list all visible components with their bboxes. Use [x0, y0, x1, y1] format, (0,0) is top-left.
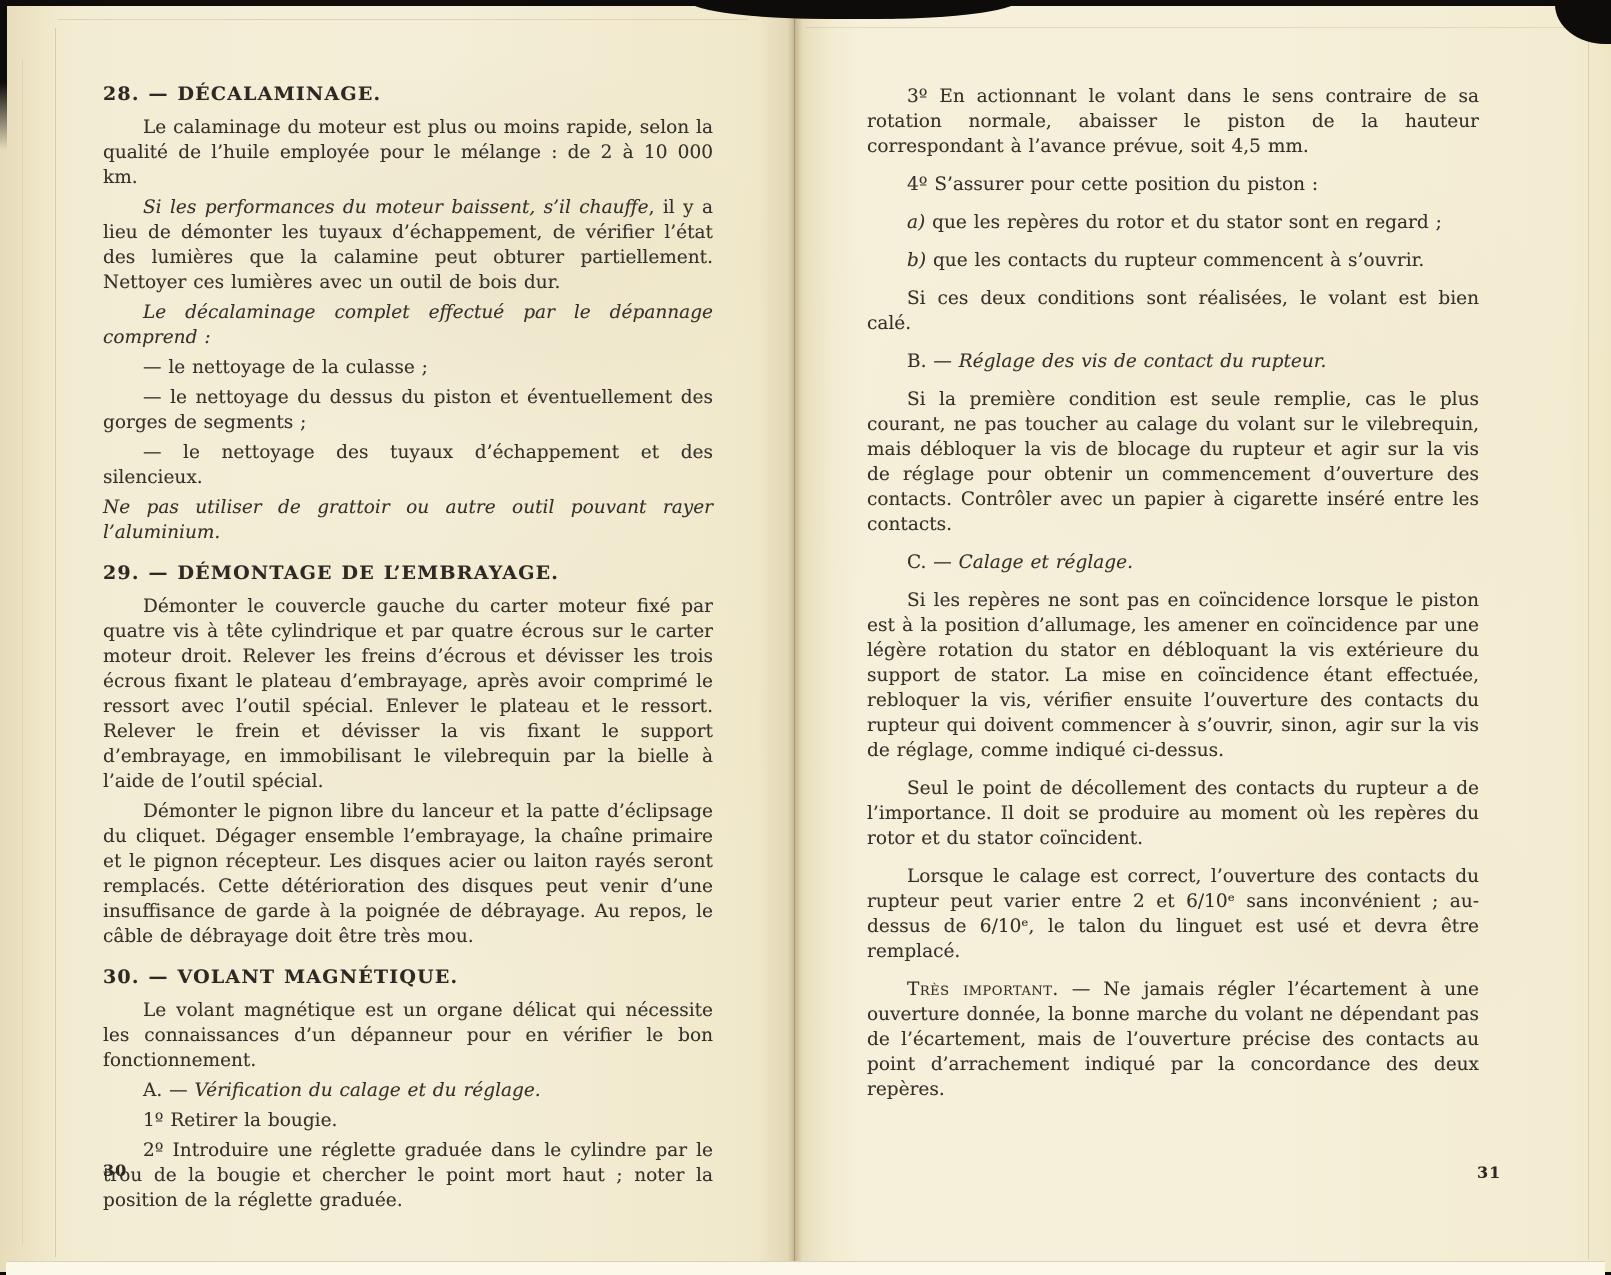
- list-item-tuyaux: — le nettoyage des tuyaux d’échappement …: [103, 440, 713, 490]
- step-4-assurer: 4º S’assurer pour cette position du pist…: [867, 172, 1479, 197]
- book-scan: 28. — DÉCALAMINAGE. Le calaminage du mot…: [0, 0, 1611, 1275]
- para-calaminage: Le calaminage du moteur est plus ou moin…: [103, 115, 713, 190]
- right-page-text-column: 3º En actionnant le volant dans le sens …: [867, 84, 1479, 1115]
- subsection-c-label: C. —: [907, 552, 952, 573]
- para-conditions-realisees: Si ces deux conditions sont réalisées, l…: [867, 286, 1479, 336]
- step-1-retirer-bougie: 1º Retirer la bougie.: [103, 1108, 713, 1133]
- list-item-culasse: — le nettoyage de la culasse ;: [103, 355, 713, 380]
- page-stack-edge-left: [55, 28, 56, 1257]
- subsection-a-heading: A. — Vérification du calage et du réglag…: [103, 1078, 713, 1103]
- item-a-reperes: a) que les repères du rotor et du stator…: [867, 210, 1479, 235]
- item-b-label: b): [907, 250, 926, 271]
- para-performances-italic: Si les performances du moteur baissent, …: [143, 197, 649, 218]
- page-number-right: 31: [1477, 1163, 1501, 1182]
- step-2-reglette: 2º Introduire une réglette graduée dans …: [103, 1138, 713, 1213]
- cover-corner-top-left: [0, 0, 7, 150]
- item-a-label: a): [907, 212, 925, 233]
- item-b-text: que les contacts du rupteur commencent à…: [926, 250, 1424, 271]
- list-item-piston: — le nettoyage du dessus du piston et év…: [103, 385, 713, 435]
- para-reperes-coincidence: Si les repères ne sont pas en coïncidenc…: [867, 588, 1479, 763]
- left-page-text-column: 28. — DÉCALAMINAGE. Le calaminage du mot…: [103, 82, 713, 1218]
- tres-important-label: Très important.: [907, 979, 1059, 1000]
- subsection-c-heading: C. — Calage et réglage.: [867, 550, 1479, 575]
- subsection-a-title: Vérification du calage et du réglage.: [188, 1080, 541, 1101]
- subsection-b-label: B. —: [907, 351, 952, 372]
- subsection-b-heading: B. — Réglage des vis de contact du rupte…: [867, 349, 1479, 374]
- page-stack-edge-left-2: [22, 60, 23, 1245]
- section-29-heading: 29. — DÉMONTAGE DE L’EMBRAYAGE.: [103, 561, 713, 586]
- para-calage-correct: Lorsque le calage est correct, l’ouvertu…: [867, 864, 1479, 964]
- note-grattoir: Ne pas utiliser de grattoir ou autre out…: [103, 495, 713, 545]
- page-number-left: 30: [103, 1161, 127, 1180]
- para-decalaminage-complet: Le décalaminage complet effectué par le …: [103, 300, 713, 350]
- page-bottom-edge: [6, 1261, 1605, 1275]
- para-premiere-condition: Si la première condition est seule rempl…: [867, 387, 1479, 537]
- subsection-c-title: Calage et réglage.: [952, 552, 1133, 573]
- para-tres-important: Très important. — Ne jamais régler l’éca…: [867, 977, 1479, 1102]
- page-stack-edge-right: [1588, 24, 1589, 1259]
- subsection-a-label: A. —: [143, 1080, 188, 1101]
- subsection-b-title: Réglage des vis de contact du rupteur.: [952, 351, 1327, 372]
- para-demonter-pignon: Démonter le pignon libre du lanceur et l…: [103, 799, 713, 949]
- item-a-text: que les repères du rotor et du stator so…: [925, 212, 1442, 233]
- section-30-heading: 30. — VOLANT MAGNÉTIQUE.: [103, 965, 713, 990]
- para-volant-magnetique: Le volant magnétique est un organe délic…: [103, 998, 713, 1073]
- page-stack-edge-top-right: [806, 27, 1576, 28]
- para-demonter-couvercle: Démonter le couvercle gauche du carter m…: [103, 594, 713, 794]
- section-28-heading: 28. — DÉCALAMINAGE.: [103, 82, 713, 107]
- item-b-contacts: b) que les contacts du rupteur commencen…: [867, 248, 1479, 273]
- para-performances: Si les performances du moteur baissent, …: [103, 195, 713, 295]
- step-3-actionnant: 3º En actionnant le volant dans le sens …: [867, 84, 1479, 159]
- page-stack-edge-top-left: [58, 19, 748, 20]
- para-decollement: Seul le point de décollement des contact…: [867, 776, 1479, 851]
